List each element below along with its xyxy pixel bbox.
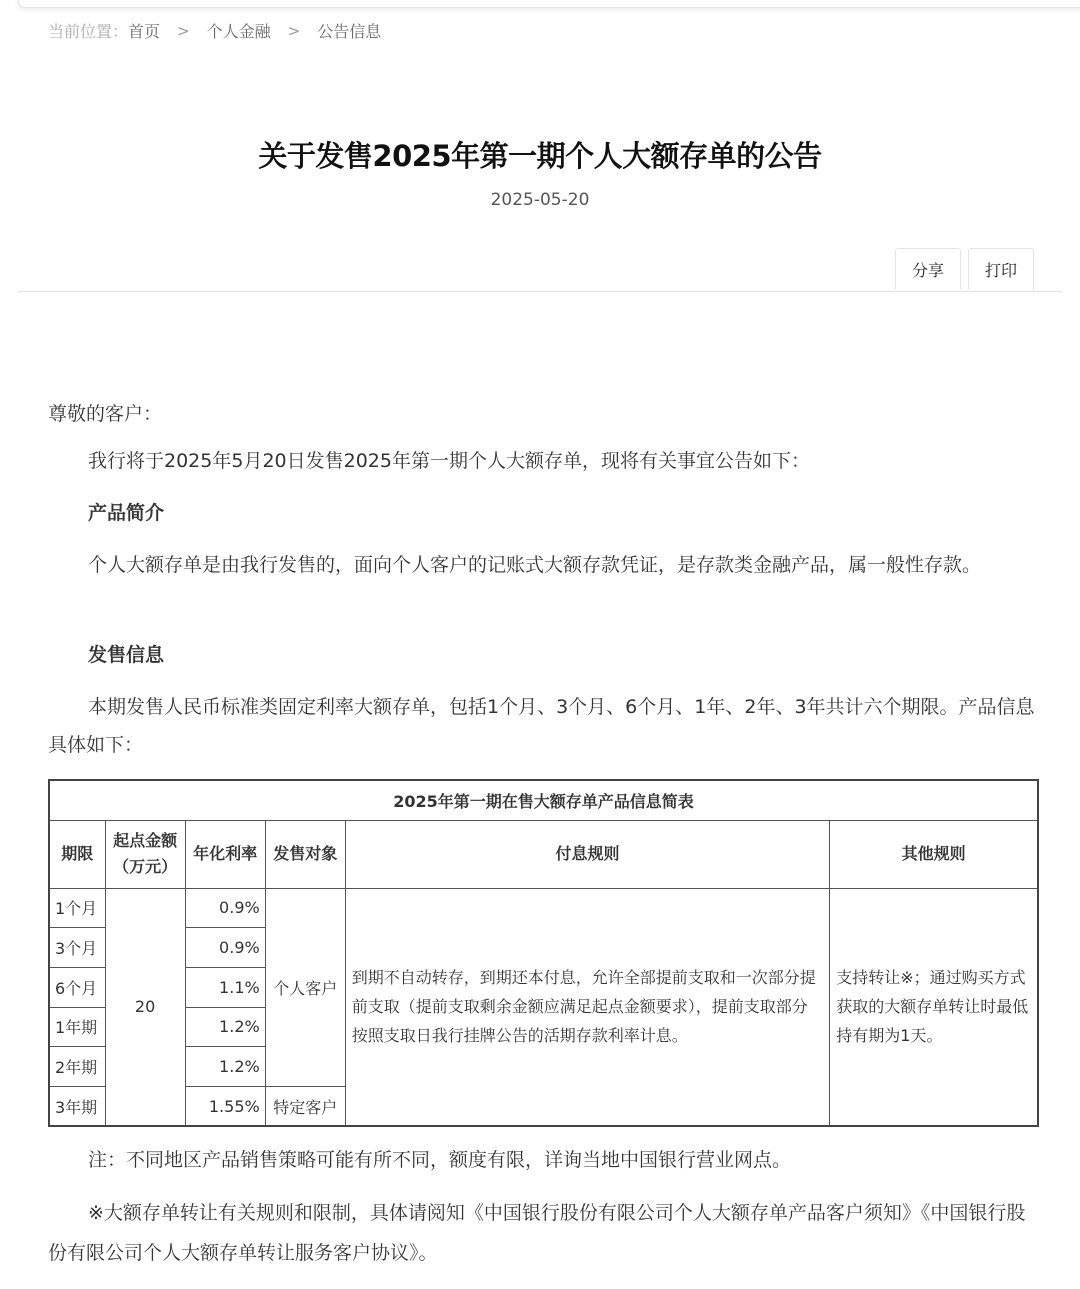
section-heading-sale-info: 发售信息 xyxy=(88,636,164,674)
header-bar xyxy=(18,0,1080,8)
cell-amount: 20 xyxy=(105,888,185,1126)
header-rate: 年化利率 xyxy=(185,820,265,888)
intro-paragraph: 我行将于2025年5月20日发售2025年第一期个人大额存单，现将有关事宜公告如… xyxy=(48,442,810,480)
header-amount-line1: 起点金额 xyxy=(113,831,177,850)
table-caption: 2025年第一期在售大额存单产品信息简表 xyxy=(49,780,1038,820)
breadcrumb: 当前位置： 首页 > 个人金融 > 公告信息 xyxy=(48,19,381,42)
cell-term: 6个月 xyxy=(49,967,105,1007)
chevron-right-icon: > xyxy=(288,22,301,40)
table-row: 1个月 20 0.9% 个人客户 到期不自动转存，到期还本付息，允许全部提前支取… xyxy=(49,888,1038,928)
cell-target-specific: 特定客户 xyxy=(265,1086,345,1126)
product-intro-paragraph: 个人大额存单是由我行发售的，面向个人客户的记账式大额存款凭证，是存款类金融产品，… xyxy=(48,546,1008,584)
regional-note: 注：不同地区产品销售策略可能有所不同，额度有限，详询当地中国银行营业网点。 xyxy=(48,1141,1038,1179)
header-target: 发售对象 xyxy=(265,820,345,888)
cell-other-rule: 支持转让※；通过购买方式获取的大额存单转让时最低持有期为1天。 xyxy=(830,888,1038,1126)
cell-rate: 0.9% xyxy=(185,928,265,968)
section-heading-product-intro: 产品简介 xyxy=(88,494,164,532)
cell-term: 1个月 xyxy=(49,888,105,928)
cell-rate: 1.2% xyxy=(185,1007,265,1047)
header-payment-rule: 付息规则 xyxy=(345,820,829,888)
breadcrumb-personal-finance[interactable]: 个人金融 xyxy=(207,19,271,42)
cell-term: 1年期 xyxy=(49,1007,105,1047)
cell-rate: 1.1% xyxy=(185,967,265,1007)
cell-rate: 0.9% xyxy=(185,888,265,928)
header-amount-line2: （万元） xyxy=(113,857,177,876)
header-other-rule: 其他规则 xyxy=(830,820,1038,888)
article-actions: 分享 打印 xyxy=(895,248,1034,290)
sale-info-paragraph: 本期发售人民币标准类固定利率大额存单，包括1个月、3个月、6个月、1年、2年、3… xyxy=(48,688,1038,764)
transfer-footnote: ※大额存单转让有关规则和限制，具体请阅知《中国银行股份有限公司个人大额存单产品客… xyxy=(48,1193,1038,1273)
share-button[interactable]: 分享 xyxy=(895,248,961,290)
breadcrumb-prefix: 当前位置： xyxy=(48,19,128,42)
header-divider xyxy=(18,291,1062,292)
breadcrumb-announcements[interactable]: 公告信息 xyxy=(317,19,381,42)
header-term: 期限 xyxy=(49,820,105,888)
cell-target-personal: 个人客户 xyxy=(265,888,345,1086)
chevron-right-icon: > xyxy=(177,22,190,40)
page-title: 关于发售2025年第一期个人大额存单的公告 xyxy=(0,134,1080,175)
publish-date: 2025-05-20 xyxy=(0,190,1080,210)
breadcrumb-home[interactable]: 首页 xyxy=(128,19,160,42)
cell-rate: 1.2% xyxy=(185,1047,265,1087)
cell-term: 3个月 xyxy=(49,928,105,968)
header-amount: 起点金额 （万元） xyxy=(105,820,185,888)
print-button[interactable]: 打印 xyxy=(968,248,1034,290)
cell-term: 2年期 xyxy=(49,1047,105,1087)
cell-payment-rule: 到期不自动转存，到期还本付息，允许全部提前支取和一次部分提前支取（提前支取剩余金… xyxy=(345,888,829,1126)
salutation: 尊敬的客户： xyxy=(48,395,162,433)
cell-rate: 1.55% xyxy=(185,1086,265,1126)
product-info-table: 2025年第一期在售大额存单产品信息简表 期限 起点金额 （万元） 年化利率 发… xyxy=(48,779,1039,1127)
cell-term: 3年期 xyxy=(49,1086,105,1126)
